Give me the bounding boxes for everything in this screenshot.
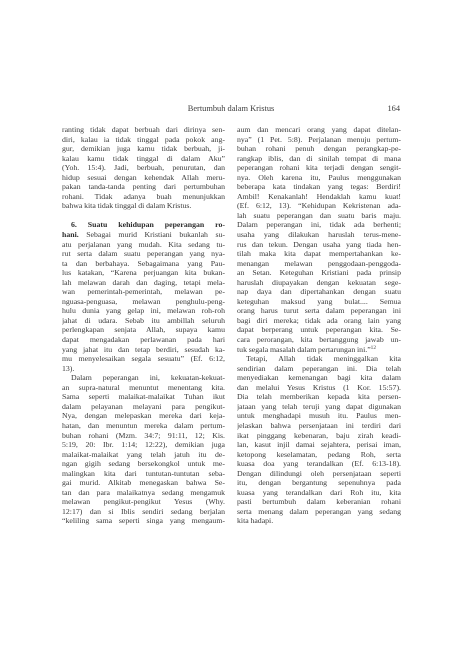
text-segment: Sama seperti malaikat-malaikat Tuhan iku… <box>62 392 225 401</box>
text-line: nya” (1 Pet. 5:8). Perjalanan menuju per… <box>237 135 401 145</box>
text-line: melawan pengikut-pengikut Yesus (Why. <box>62 497 225 507</box>
text-segment: rus dan tekun. Dengan usaha yang tiada h… <box>237 240 401 249</box>
text-segment: untuk menghadapi musuh itu. Paulus men- <box>237 411 401 420</box>
text-line: an Setan. Keteguhan Kristiani pada prins… <box>237 268 401 278</box>
text-line: lah suatu peperangan dan suatu baris maj… <box>237 211 401 221</box>
text-segment: dapat berperang untuk peperangan kita. S… <box>237 325 401 334</box>
text-segment: tan dan para malaikatnya sedang mengamuk <box>62 488 225 497</box>
text-line: ranting tidak dapat berbuah dari dirinya… <box>62 125 225 135</box>
text-line: nya. Oleh karena itu, Paulus menggunakan <box>237 173 401 183</box>
text-line: Dia telah memberikan kepada kita persen- <box>237 392 401 402</box>
text-line: keteguhan maksud yang bulat.... Semua <box>237 297 401 307</box>
text-segment: 5:19, 20: Ibr. 1:14; 12:22), demikian ju… <box>62 440 225 449</box>
text-segment: dan melalui Yesus Kristus (1 Kor. 15:57)… <box>237 383 401 392</box>
text-segment: gai murid. Alkitab menegaskan bahwa Se- <box>62 478 225 487</box>
text-segment: Sebagai murid Kristiani bukanlah su- <box>79 230 225 239</box>
text-segment: aum dan mencari orang yang dapat ditelan… <box>237 125 401 134</box>
text-line: mu menyelesaikan segala sesuatu” (Ef. 6:… <box>62 354 225 364</box>
text-line: malingkan kita dari tuntutan-tuntutan se… <box>62 469 225 479</box>
text-segment: sendirian dalam peperangan ini. Dia tela… <box>237 364 401 373</box>
text-segment: 12:17) dan si Iblis sendiri sedang berja… <box>62 507 225 516</box>
text-segment: yang jahat itu dan tetap berdiri, sesuda… <box>62 345 225 354</box>
text-segment: (Yoh. 15:4). Jadi, berbuah, penurutan, d… <box>62 163 225 172</box>
text-line: dan melalui Yesus Kristus (1 Kor. 15:57)… <box>237 383 401 393</box>
text-line: yang jahat itu dan tetap berdiri, sesuda… <box>62 345 225 355</box>
text-line: bahwa kita tidak tinggal di dalam Kristu… <box>62 201 225 211</box>
text-segment: haruslah diupayakan dengan kekuatan sege… <box>237 278 401 287</box>
text-line: menyediakan kemenangan bagi kita dalam <box>237 373 401 383</box>
text-segment: kuasa doa yang terandalkan (Ef. 6:13-18)… <box>237 459 401 468</box>
text-line: 12:17) dan si Iblis sendiri sedang berja… <box>62 507 225 517</box>
text-segment: tilah maka kita dapat mempertahankan ke- <box>237 249 401 258</box>
text-line: diri, kalau ia tidak tinggal pada pokok … <box>62 135 225 145</box>
text-line: tan dan para malaikatnya sedang mengamuk <box>62 488 225 498</box>
text-segment: Tetapi, Allah tidak meninggalkan kita <box>246 354 401 363</box>
text-line: ikat pinggang kebenaran, baju zirah kead… <box>237 431 401 441</box>
text-segment: lan, kasut injil damai sejahtera, perisa… <box>237 440 401 449</box>
footnote-marker: 12 <box>371 345 376 351</box>
text-segment: buhan rohani penuh dengan perangkap-pe- <box>237 144 401 153</box>
text-line: lus katakan, “Karena perjuangan kita buk… <box>62 268 225 278</box>
text-line: perlengkapan senjata Allah, supaya kamu <box>62 325 225 335</box>
text-line: kita hadapi. <box>237 516 401 526</box>
text-line: Dalam peperangan ini, tidak ada berhenti… <box>237 220 401 230</box>
text-line: orang harus turut serta dalam peperangan… <box>237 306 401 316</box>
text-line: sendirian dalam peperangan ini. Dia tela… <box>237 364 401 374</box>
text-segment: jataan yang telah teruji yang dapat digu… <box>237 402 401 411</box>
text-segment: Ambil! Kenakanlah! Hendaklah kamu kuat! <box>237 192 401 201</box>
right-column: aum dan mencari orang yang dapat ditelan… <box>237 125 401 526</box>
text-segment: peperangan rohani kita terjadi dengan se… <box>237 163 401 172</box>
text-segment: Dia telah memberikan kepada kita persen- <box>237 392 401 401</box>
text-line: jahat di udara. Sebab itu ambillah selur… <box>62 316 225 326</box>
text-segment: malaikat-malaikat yang telah jatuh itu d… <box>62 450 225 459</box>
bold-text: hani. <box>62 230 79 239</box>
text-segment: hidup sesuai dengan kehendak Allah meru- <box>62 173 225 182</box>
text-line: 5:19, 20: Ibr. 1:14; 12:22), demikian ju… <box>62 440 225 450</box>
text-segment: ikat pinggang kebenaran, baju zirah kead… <box>237 431 401 440</box>
text-segment: usaha yang dilakukan haruslah terus-mene… <box>237 230 401 239</box>
text-segment: kalau kamu tidak tinggal di dalam Aku” <box>62 154 225 163</box>
text-segment: Nya, dengan melepaskan mereka dari keja- <box>62 411 225 420</box>
text-segment: pasti bertumbuh dalam keberanian rohani <box>237 497 401 506</box>
text-line: dalam pelayanan melayani para pengikut- <box>62 402 225 412</box>
text-segment: diri, kalau ia tidak tinggal pada pokok … <box>62 135 225 144</box>
text-segment: pakan tanda-tanda penting dari pertumbuh… <box>62 182 225 191</box>
text-segment: wan pemerintah-pemerintah, melawan pe- <box>62 287 225 296</box>
text-segment: dalam pelayanan melayani para pengikut- <box>62 402 225 411</box>
text-segment: bahwa kita tidak tinggal di dalam Kristu… <box>62 201 191 210</box>
text-line: buhan rohani (Mzm. 34:7; 91:11, 12; Kis. <box>62 431 225 441</box>
text-line: hani. Sebagai murid Kristiani bukanlah s… <box>62 230 225 240</box>
text-line: wan pemerintah-pemerintah, melawan pe- <box>62 287 225 297</box>
text-line: pasti bertumbuh dalam keberanian rohani <box>237 497 401 507</box>
text-segment: jahat di udara. Sebab itu ambillah selur… <box>62 316 225 325</box>
text-segment: atu perjalanan yang mudah. Kita sedang t… <box>62 240 225 249</box>
text-segment: ngan gigih sedang bersekongkol untuk me- <box>62 459 225 468</box>
text-line: dapat berperang untuk peperangan kita. S… <box>237 325 401 335</box>
text-segment: hulu dunia yang gelap ini, melawan roh-r… <box>62 306 225 315</box>
text-line: malaikat-malaikat yang telah jatuh itu d… <box>62 450 225 460</box>
text-line: gur, demikian juga kamu tidak berbuah, j… <box>62 144 225 154</box>
text-line: menangan melawan penggodaan-penggoda- <box>237 259 401 269</box>
text-segment: nya” (1 Pet. 5:8). Perjalanan menuju per… <box>237 135 401 144</box>
text-line: jelaskan bahwa persenjataan ini terdiri … <box>237 421 401 431</box>
text-line: cara perorangan, kita bertanggung jawab … <box>237 335 401 345</box>
text-segment: ranting tidak dapat berbuah dari dirinya… <box>62 125 225 134</box>
text-segment: kita hadapi. <box>237 516 273 525</box>
text-segment: cara perorangan, kita bertanggung jawab … <box>237 335 401 344</box>
text-segment: lah suatu peperangan dan suatu baris maj… <box>237 211 401 220</box>
text-segment: tuk segala masalah dalam pertarungan ini… <box>237 345 371 354</box>
bold-text: 6. Suatu kehidupan peperangan ro- <box>71 220 225 229</box>
text-segment: malingkan kita dari tuntutan-tuntutan se… <box>62 469 225 478</box>
text-line: Sama seperti malaikat-malaikat Tuhan iku… <box>62 392 225 402</box>
text-line: ngan gigih sedang bersekongkol untuk me- <box>62 459 225 469</box>
text-segment: nguasa-penguasa, melawan penghulu-peng- <box>62 297 225 306</box>
text-line: dapat mengadakan perlawanan pada hari <box>62 335 225 345</box>
text-line: hidup sesuai dengan kehendak Allah meru- <box>62 173 225 183</box>
text-line: hatan, dan menuntun mereka dalam pertum- <box>62 421 225 431</box>
text-line: (Yoh. 15:4). Jadi, berbuah, penurutan, d… <box>62 163 225 173</box>
text-line: peperangan rohani kita terjadi dengan se… <box>237 163 401 173</box>
text-segment: menangan melawan penggodaan-penggoda- <box>237 259 401 268</box>
text-line: kalau kamu tidak tinggal di dalam Aku” <box>62 154 225 164</box>
running-header: Bertumbuh dalam Kristus 164 <box>62 103 400 115</box>
text-line: usaha yang dilakukan haruslah terus-mene… <box>237 230 401 240</box>
text-segment: menyediakan kemenangan bagi kita dalam <box>237 373 401 382</box>
text-line: bagi diri mereka; tidak ada orang lain y… <box>237 316 401 326</box>
text-line: hulu dunia yang gelap ini, melawan roh-r… <box>62 306 225 316</box>
text-segment: “keliling sama seperti singa yang mengau… <box>62 516 225 525</box>
text-segment: mu menyelesaikan segala sesuatu” (Ef. 6:… <box>62 354 225 363</box>
text-line: untuk menghadapi musuh itu. Paulus men- <box>237 411 401 421</box>
text-line: gai murid. Alkitab menegaskan bahwa Se- <box>62 478 225 488</box>
text-segment: hatan, dan menuntun mereka dalam pertum- <box>62 421 225 430</box>
text-segment: perlengkapan senjata Allah, supaya kamu <box>62 325 225 334</box>
page-number: 164 <box>387 103 400 115</box>
left-column: ranting tidak dapat berbuah dari dirinya… <box>62 125 225 526</box>
text-segment: lah melawan darah dan daging, tetapi mel… <box>62 278 225 287</box>
text-segment: Dalam peperangan ini, tidak ada berhenti… <box>237 220 401 229</box>
text-segment: nya. Oleh karena itu, Paulus menggunakan <box>237 173 401 182</box>
text-line: Dengan dilindungi oleh persenjataan sepe… <box>237 469 401 479</box>
text-line: 13). <box>62 364 225 374</box>
text-segment: an supra-natural menuntut menentang kita… <box>62 383 225 392</box>
blank-line <box>62 211 225 221</box>
text-line: an supra-natural menuntut menentang kita… <box>62 383 225 393</box>
text-line: pakan tanda-tanda penting dari pertumbuh… <box>62 182 225 192</box>
text-segment: rohani. Tidak adanya buah menunjukkan <box>62 192 225 201</box>
text-segment: an Setan. Keteguhan Kristiani pada prins… <box>237 268 401 277</box>
text-line: buhan rohani penuh dengan perangkap-pe- <box>237 144 401 154</box>
text-line: “keliling sama seperti singa yang mengau… <box>62 516 225 526</box>
text-line: Tetapi, Allah tidak meninggalkan kita <box>237 354 401 364</box>
text-line: serta menang dalam peperangan yang sedan… <box>237 507 401 517</box>
text-segment: serta menang dalam peperangan yang sedan… <box>237 507 401 516</box>
text-line: rut serta dalam suatu peperangan yang ny… <box>62 249 225 259</box>
text-segment: orang harus turut serta dalam peperangan… <box>237 306 401 315</box>
text-line: nap daya dan dipertahankan dengan suatu <box>237 287 401 297</box>
text-segment: (Ef. 6:12, 13). “Kehidupan Kekristenan a… <box>237 201 401 210</box>
text-line: atu perjalanan yang mudah. Kita sedang t… <box>62 240 225 250</box>
text-line: beberapa kata tindakan yang tegas: Berdi… <box>237 182 401 192</box>
text-line: ketopong keselamatan, pedang Roh, serta <box>237 450 401 460</box>
text-segment: keteguhan maksud yang bulat.... Semua <box>237 297 401 306</box>
text-line: nguasa-penguasa, melawan penghulu-peng- <box>62 297 225 307</box>
text-line: rangkap iblis, dan di sinilah tempat di … <box>237 154 401 164</box>
text-line: itu, dengan bergantung sepenuhnya pada <box>237 478 401 488</box>
text-segment: melawan pengikut-pengikut Yesus (Why. <box>62 497 225 506</box>
text-segment: gur, demikian juga kamu tidak berbuah, j… <box>62 144 225 153</box>
text-segment: lus katakan, “Karena perjuangan kita buk… <box>62 268 225 277</box>
text-segment: beberapa kata tindakan yang tegas: Berdi… <box>237 182 401 191</box>
text-line: kuasa doa yang terandalkan (Ef. 6:13-18)… <box>237 459 401 469</box>
text-line: Dalam peperangan ini, kekuatan-kekuat- <box>62 373 225 383</box>
text-segment: jelaskan bahwa persenjataan ini terdiri … <box>237 421 401 430</box>
text-line: (Ef. 6:12, 13). “Kehidupan Kekristenan a… <box>237 201 401 211</box>
book-page: Bertumbuh dalam Kristus 164 ranting tida… <box>0 0 460 650</box>
text-segment: 13). <box>62 364 74 373</box>
text-segment: ketopong keselamatan, pedang Roh, serta <box>237 450 401 459</box>
text-segment: buhan rohani (Mzm. 34:7; 91:11, 12; Kis. <box>62 431 225 440</box>
text-segment: kuasa yang terandalkan dari Roh itu, kit… <box>237 488 401 497</box>
text-segment: rut serta dalam suatu peperangan yang ny… <box>62 249 225 258</box>
text-line: haruslah diupayakan dengan kekuatan sege… <box>237 278 401 288</box>
text-segment: ta dan berbahaya. Sebagaimana yang Pau- <box>62 259 225 268</box>
text-segment: Dalam peperangan ini, kekuatan-kekuat- <box>71 373 225 382</box>
text-line: rohani. Tidak adanya buah menunjukkan <box>62 192 225 202</box>
text-line: tilah maka kita dapat mempertahankan ke- <box>237 249 401 259</box>
text-line: lah melawan darah dan daging, tetapi mel… <box>62 278 225 288</box>
text-line: kuasa yang terandalkan dari Roh itu, kit… <box>237 488 401 498</box>
text-line: aum dan mencari orang yang dapat ditelan… <box>237 125 401 135</box>
text-segment: nap daya dan dipertahankan dengan suatu <box>237 287 401 296</box>
text-line: Nya, dengan melepaskan mereka dari keja- <box>62 411 225 421</box>
text-segment: dapat mengadakan perlawanan pada hari <box>62 335 225 344</box>
text-line: tuk segala masalah dalam pertarungan ini… <box>237 345 401 355</box>
text-line: jataan yang telah teruji yang dapat digu… <box>237 402 401 412</box>
text-line: Ambil! Kenakanlah! Hendaklah kamu kuat! <box>237 192 401 202</box>
text-line: 6. Suatu kehidupan peperangan ro- <box>62 220 225 230</box>
text-segment: bagi diri mereka; tidak ada orang lain y… <box>237 316 401 325</box>
text-segment: rangkap iblis, dan di sinilah tempat di … <box>237 154 401 163</box>
text-line: rus dan tekun. Dengan usaha yang tiada h… <box>237 240 401 250</box>
text-line: ta dan berbahaya. Sebagaimana yang Pau- <box>62 259 225 269</box>
page-title: Bertumbuh dalam Kristus <box>188 104 275 113</box>
text-line: lan, kasut injil damai sejahtera, perisa… <box>237 440 401 450</box>
text-segment: itu, dengan bergantung sepenuhnya pada <box>237 478 401 487</box>
text-segment: Dengan dilindungi oleh persenjataan sepe… <box>237 469 401 478</box>
